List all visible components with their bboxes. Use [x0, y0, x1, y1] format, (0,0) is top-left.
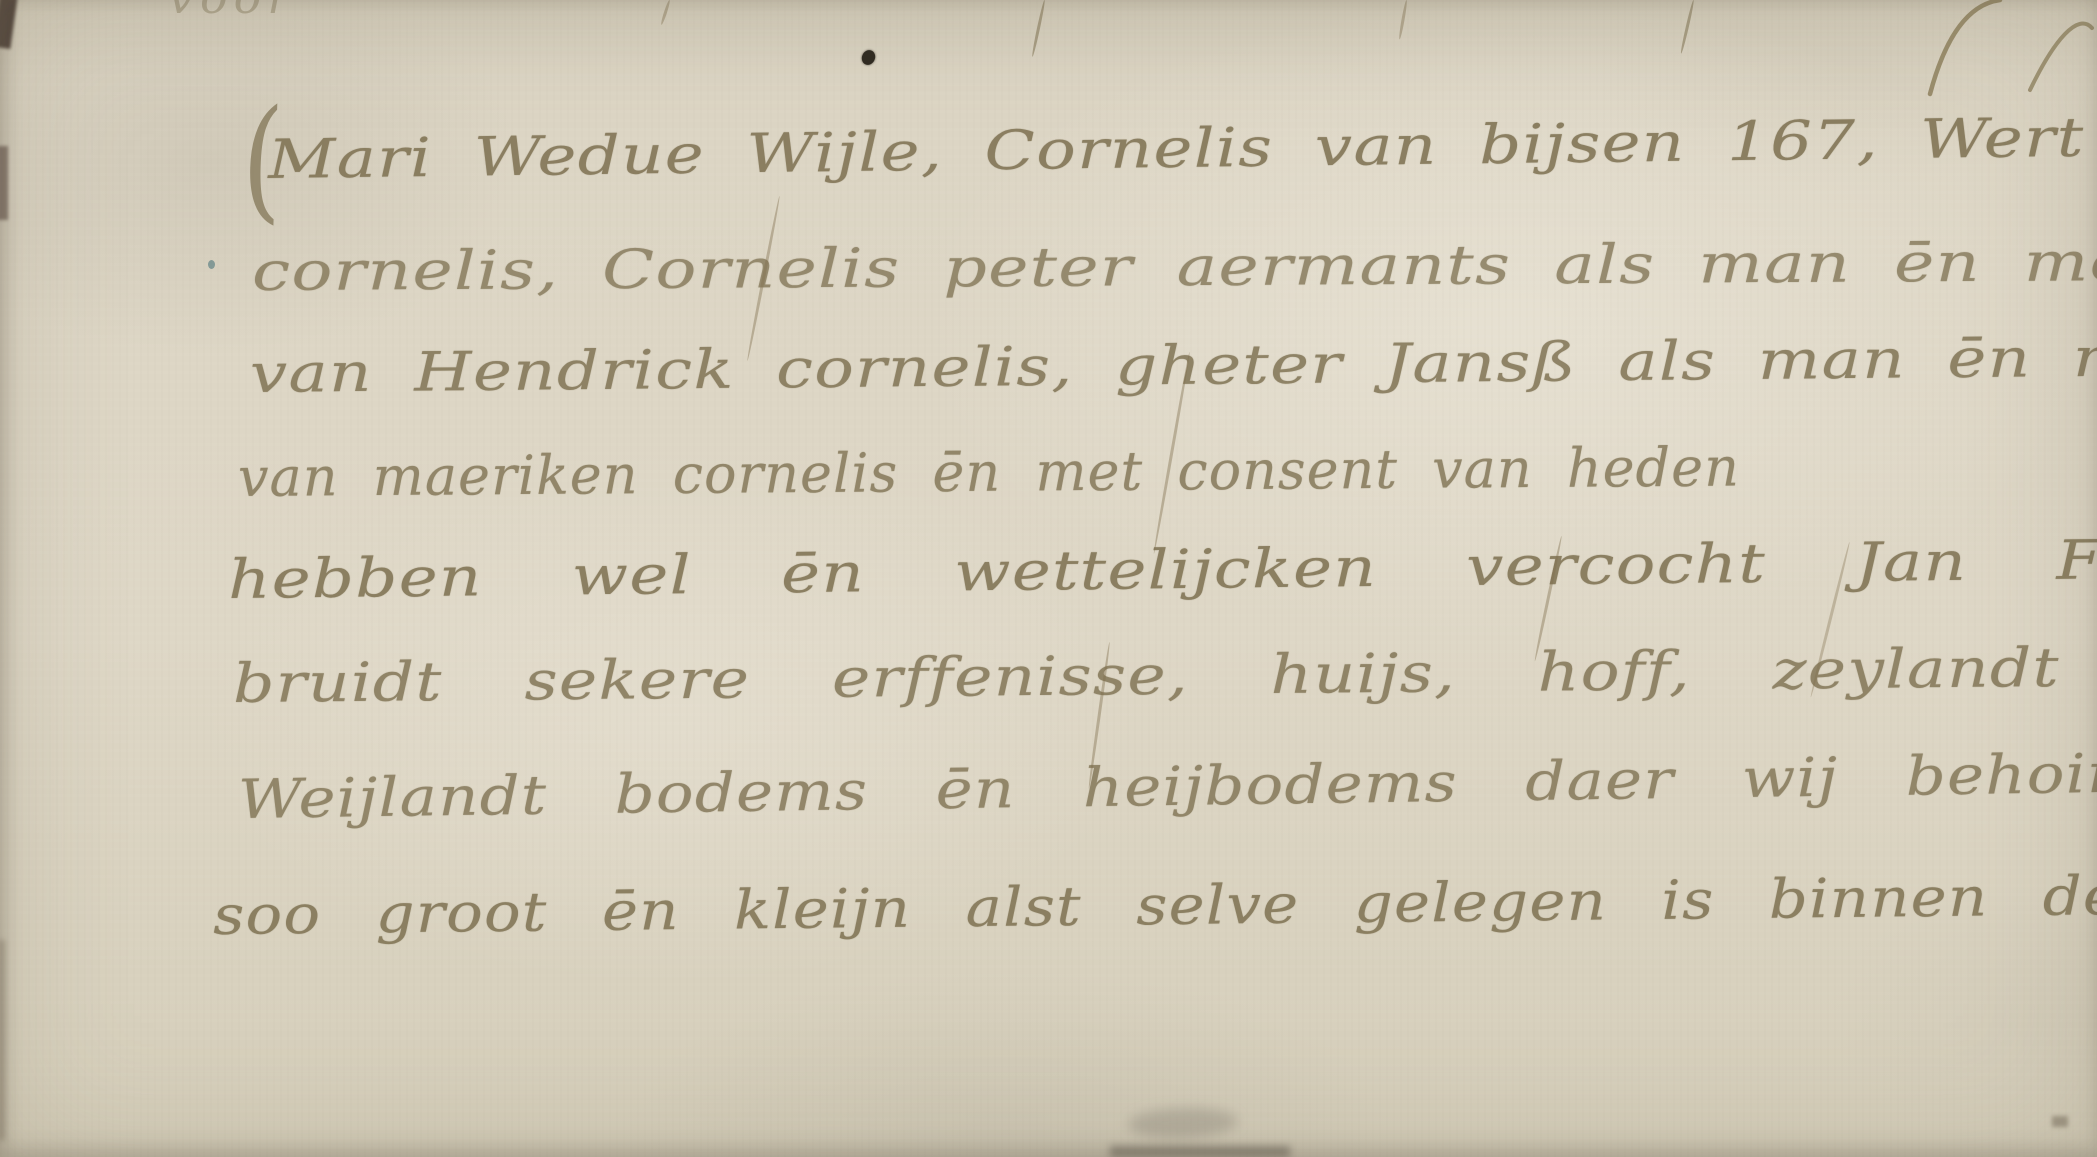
- bottom-right-speck: [2052, 1116, 2068, 1127]
- scan-edge-shadow: [0, 940, 5, 1140]
- manuscript-line-2: cornelis, Cornelis peter aermants als ma…: [252, 229, 2097, 303]
- pen-descender-stroke: [1398, 0, 1408, 40]
- manuscript-line-7: Weijlandt bodems ēn heijbodems daer wij …: [238, 739, 2097, 831]
- manuscript-line-8: soo groot ēn kleijn alst selve gelegen i…: [213, 864, 2097, 947]
- manuscript-line-6: bruidt sekere erffenisse, huijs, hoff, z…: [233, 636, 2060, 715]
- manuscript-line-3: van Hendrick cornelis, gheter Jansß als …: [250, 323, 2097, 405]
- manuscript-line-1: Mari Wedue Wijle, Cornelis van bijsen 16…: [268, 103, 2097, 191]
- scan-edge-mark: [0, 146, 8, 220]
- blue-fiber-speck: [208, 260, 215, 269]
- top-right-pen-flourish-icon: [1912, 0, 2097, 99]
- manuscript-line-5: hebben wel ēn wettelijcken vercocht Jan …: [228, 527, 2097, 611]
- previous-line-fragment: voor: [168, 0, 295, 24]
- bottom-edge-shadow: [1110, 1146, 1290, 1157]
- manuscript-page: voor ( Mari Wedue Wijle, Cornelis van bi…: [0, 0, 2097, 1157]
- manuscript-line-4: van maeriken cornelis ēn met consent van…: [238, 436, 1740, 509]
- pen-descender-stroke: [1680, 0, 1695, 54]
- scan-edge-mark: [0, 0, 18, 49]
- ink-speck: [860, 48, 878, 67]
- pen-descender-stroke: [660, 0, 671, 25]
- pen-descender-stroke: [1031, 0, 1046, 57]
- bottom-edge-smudge: [1128, 1106, 1239, 1140]
